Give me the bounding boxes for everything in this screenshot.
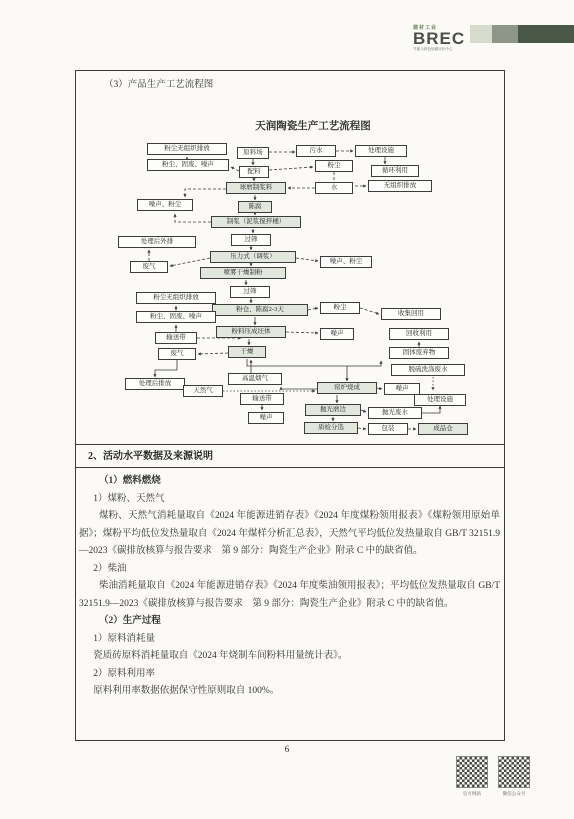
flow-node: 过筛 bbox=[230, 286, 270, 298]
flow-node: 处理设施 bbox=[414, 394, 466, 406]
flow-node: 抛光废水 bbox=[368, 407, 422, 419]
qr-code-icon bbox=[456, 756, 488, 788]
flow-node: 噪声 bbox=[248, 412, 284, 424]
flow-node: 粉尘 bbox=[315, 160, 353, 172]
flow-node: 粉尘、固废、噪声 bbox=[136, 311, 216, 323]
flow-node: 输送带 bbox=[240, 393, 284, 405]
flow-node: 噪声、粉尘 bbox=[320, 256, 372, 268]
brand-color-bar-dark bbox=[518, 25, 574, 43]
paragraph: （2）生产过程 bbox=[79, 613, 500, 631]
flow-node: 水 bbox=[315, 182, 353, 194]
process-flowchart: 粉尘无组织排放 原料场 污水 处理设施 粉尘、固废、噪声 配料 粉尘 循环利用 … bbox=[85, 140, 481, 440]
flow-node: 粉尘无组织排放 bbox=[136, 292, 216, 304]
brand-logo-name: BREC bbox=[413, 31, 465, 46]
flow-node: 天然气 bbox=[183, 385, 223, 397]
flow-node: 高温烟气 bbox=[228, 373, 282, 385]
flow-node: 回收利用 bbox=[389, 328, 449, 340]
flow-node: 废气 bbox=[130, 261, 168, 273]
paragraph: （1）燃料燃烧 bbox=[79, 473, 500, 491]
section3-heading: （3）产品生产工艺流程图 bbox=[104, 76, 213, 90]
flow-node: 脱硫洗涤废水 bbox=[391, 364, 465, 376]
flow-node: 粉尘 bbox=[320, 302, 360, 314]
flow-node: 粉仓、陈腐2-3天 bbox=[212, 304, 308, 316]
flow-node: 废气 bbox=[158, 348, 196, 360]
qr-official-website: 官方网站 bbox=[455, 756, 489, 797]
flow-node: 原料场 bbox=[237, 147, 269, 159]
flow-node: 质检分选 bbox=[304, 422, 358, 434]
brand-logo-subtitle: 节能与绿色低碳评价中心 bbox=[413, 46, 460, 51]
flow-node: 干燥 bbox=[228, 346, 266, 358]
qr-wechat-account: 微信公众号 bbox=[497, 756, 531, 797]
brand-logo: 建材工业 BREC 节能与绿色低碳评价中心 bbox=[413, 24, 465, 52]
qr-label: 官方网站 bbox=[456, 790, 487, 796]
flow-node: 固体废弃物 bbox=[389, 347, 449, 359]
section2-heading: 2、活动水平数据及来源说明 bbox=[76, 444, 504, 468]
flowchart-title: 天润陶瓷生产工艺流程图 bbox=[228, 118, 398, 133]
flow-node: 粉尘无组织排放 bbox=[147, 143, 227, 155]
flow-node: 包装 bbox=[368, 423, 408, 435]
flow-node: 陈腐 bbox=[238, 201, 272, 213]
flow-node: 粉尘、固废、噪声 bbox=[147, 159, 229, 171]
flow-node: 抛光磨边 bbox=[305, 404, 361, 416]
body-text: （1）燃料燃烧 1）煤粉、天然气 煤粉、天然气消耗量取自《2024 年能源进销存… bbox=[79, 473, 500, 701]
scanned-document-page: 建材工业 BREC 节能与绿色低碳评价中心 （3）产品生产工艺流程图 天润陶瓷生… bbox=[0, 0, 574, 819]
paragraph: 瓷质砖原料消耗量取自《2024 年烧制车间粉料用量统计表》。 bbox=[79, 648, 500, 666]
qr-code-icon bbox=[498, 756, 530, 788]
qr-label: 微信公众号 bbox=[498, 790, 529, 796]
brand-color-bar-light bbox=[470, 25, 492, 43]
flow-node: 粉料压成坯体 bbox=[216, 326, 286, 338]
flow-node: 处理后排放 bbox=[125, 378, 185, 390]
flow-node: 循环利用 bbox=[371, 165, 419, 177]
flow-node: 制浆（泥浆搅拌桶） bbox=[211, 216, 301, 228]
flow-node: 噪声 bbox=[320, 328, 354, 340]
flow-node: 无组织排放 bbox=[368, 180, 432, 192]
paragraph: 2）原料利用率 bbox=[79, 666, 500, 684]
flow-node: 喷雾干燥制粉 bbox=[200, 267, 286, 279]
paragraph: 2）柴油 bbox=[79, 561, 500, 579]
flow-node: 成品仓 bbox=[418, 423, 468, 435]
flow-node: 球磨制浆料 bbox=[226, 182, 286, 194]
paragraph: 1）煤粉、天然气 bbox=[79, 491, 500, 509]
flow-node: 压力式（调浆） bbox=[210, 251, 296, 263]
flow-node: 污水 bbox=[296, 145, 336, 157]
paragraph: 原料利用率数据依据保守性原则取自 100%。 bbox=[79, 683, 500, 701]
paragraph: 煤粉、天然气消耗量取自《2024 年能源进销存表》《2024 年度煤粉领用报表》… bbox=[79, 508, 500, 561]
flow-node: 噪声、粉尘 bbox=[137, 199, 193, 211]
paragraph: 柴油消耗量取自《2024 年能源进销存表》《2024 年度柴油领用报表》；平均低… bbox=[79, 578, 500, 613]
flow-node: 窑炉烧成 bbox=[317, 382, 377, 394]
flow-node: 收集回用 bbox=[381, 308, 441, 320]
flow-node: 输送带 bbox=[155, 332, 197, 344]
flow-node: 处理后外排 bbox=[118, 236, 196, 248]
paragraph: 1）原料消耗量 bbox=[79, 631, 500, 649]
flow-node: 处理设施 bbox=[355, 145, 407, 157]
page-number: 6 bbox=[281, 744, 293, 754]
flow-node: 过筛 bbox=[231, 234, 271, 246]
brand-color-bar-mid bbox=[492, 25, 518, 43]
flow-node: 配料 bbox=[239, 166, 269, 178]
